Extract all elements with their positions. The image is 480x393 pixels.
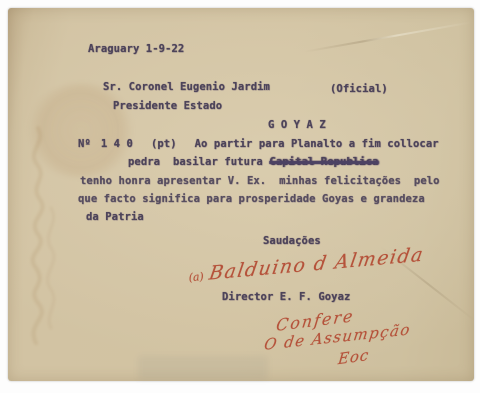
state-name: G O Y A Z	[268, 119, 326, 131]
ink-bleed-ghost	[6, 118, 76, 348]
recipient-name: Sr. Coronel Eugenio Jardim	[103, 81, 270, 93]
dateline: Araguary 1-9-22	[88, 43, 184, 55]
body-line-1-text: Ao partir para Planalto a fim collocar	[195, 138, 439, 150]
red-annotation-initials-text: Eoc	[337, 346, 370, 369]
recipient-title: Presidente Estado	[113, 100, 222, 112]
closing-salutation: Saudações	[263, 235, 321, 247]
photo-frame: Araguary 1-9-22 Sr. Coronel Eugenio Jard…	[0, 0, 480, 393]
signature-name: Balduino d Almeida	[208, 243, 426, 284]
paper-crease	[304, 21, 472, 52]
struck-out-words: Capital Republica	[269, 156, 378, 168]
body-line-2: pedra basilar futura Capital Republica	[128, 156, 378, 168]
telegram-document: Araguary 1-9-22 Sr. Coronel Eugenio Jard…	[8, 8, 474, 381]
faded-stamp-smudge	[138, 356, 268, 380]
body-line-3: tenho honra apresentar V. Ex. minhas fel…	[80, 175, 440, 187]
body-line-5: da Patria	[86, 211, 144, 223]
official-annotation: (Oficial)	[330, 83, 388, 95]
signature-handwritten: (a)Balduino d Almeida	[187, 244, 425, 287]
signer-title: Director E. F. Goyaz	[222, 291, 350, 303]
body-line-1: Nº1 4 0(pt)Ao partir para Planalto a fim…	[78, 138, 439, 150]
body-line-4: que facto significa para prosperidade Go…	[78, 193, 425, 205]
message-number-label: Nº	[78, 138, 91, 150]
message-number: 1 4 0	[101, 138, 133, 150]
red-annotation-initials: Eoc	[337, 346, 371, 368]
signature-prefix: (a)	[188, 270, 204, 284]
message-priority: (pt)	[151, 138, 177, 150]
body-line-2-text: pedra basilar futura	[128, 156, 269, 168]
